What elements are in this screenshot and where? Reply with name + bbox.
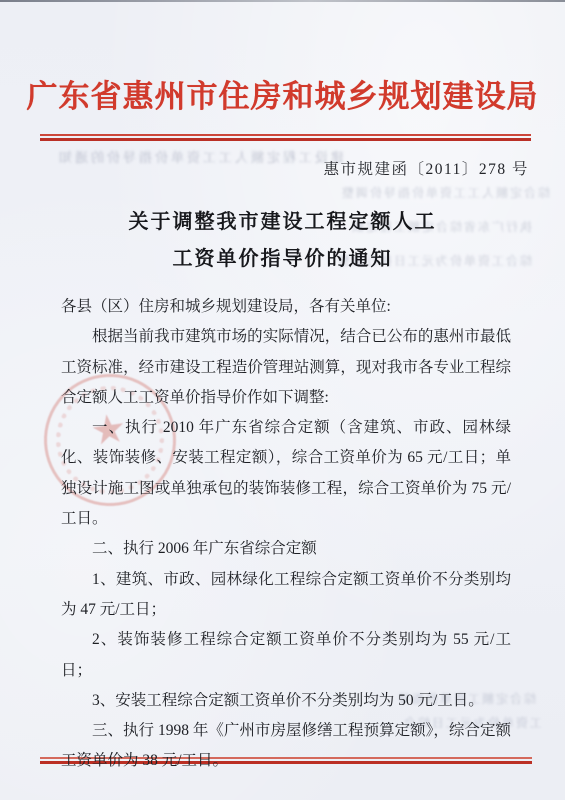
paragraph-item-2-sub-2: 2、装饰装修工程综合定额工资单价不分类别均为 55 元/工日；: [61, 625, 511, 686]
paragraph-item-2-sub-3: 3、安装工程综合定额工资单价不分类别均为 50 元/工日。: [61, 686, 511, 716]
scanned-document-page: 广东省惠州市住房和城乡规划建设局 建设工程定额人工工资单价指导价的通知 惠市规建…: [0, 0, 565, 800]
document-title-line1: 关于调整我市建设工程定额人工: [0, 204, 565, 241]
bleedthrough-text: 建设工程定额人工工资单价指导价的通知: [56, 147, 344, 166]
paragraph-item-3: 三、执行 1998 年《广州市房屋修缮工程预算定额》，综合定额工资单价为 38 …: [61, 716, 511, 777]
document-body: 各县（区）住房和城乡规划建设局，各有关单位: 根据当前我市建筑市场的实际情况，结…: [61, 292, 511, 777]
document-number: 惠市规建函〔2011〕278 号: [323, 157, 529, 179]
scan-edge-artifact: [0, 0, 565, 2]
paragraph-item-1: 一、执行 2010 年广东省综合定额（含建筑、市政、园林绿化、装饰装修、安装工程…: [61, 413, 511, 534]
salutation: 各县（区）住房和城乡规划建设局，各有关单位:: [61, 292, 511, 322]
issuing-agency-title: 广东省惠州市住房和城乡规划建设局: [0, 72, 565, 122]
red-divider-top: [40, 134, 531, 141]
paragraph-item-2: 二、执行 2006 年广东省综合定额: [61, 534, 511, 564]
document-title-line2: 工资单价指导价的通知: [0, 241, 565, 278]
paragraph-intro: 根据当前我市建筑市场的实际情况，结合已公布的惠州市最低工资标准，经市建设工程造价…: [61, 322, 511, 413]
paragraph-item-2-sub-1: 1、建筑、市政、园林绿化工程综合定额工资单价不分类别均为 47 元/工日；: [61, 565, 511, 626]
bleedthrough-text: 综合定额人工工资单价指导价调整: [340, 184, 550, 201]
document-title: 关于调整我市建设工程定额人工 工资单价指导价的通知: [0, 204, 565, 278]
